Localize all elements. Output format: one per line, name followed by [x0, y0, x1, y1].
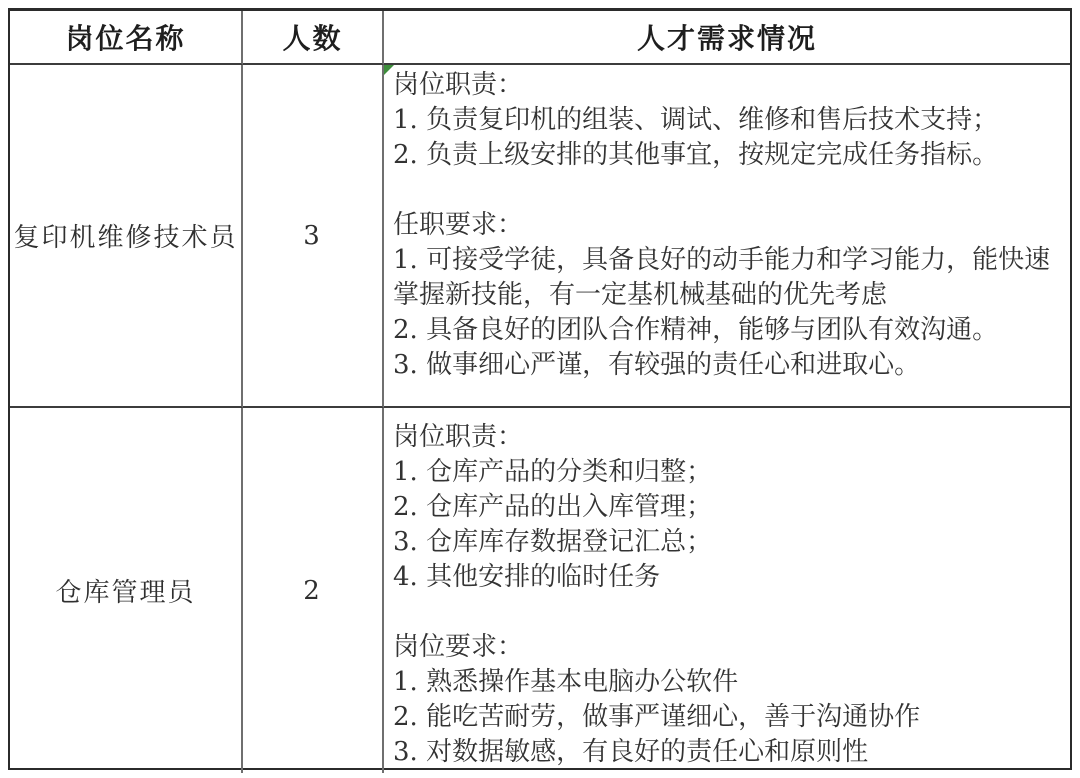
- detail-line: 1. 负责复印机的组装、调试、维修和售后技术支持；: [393, 103, 1062, 138]
- detail-line: 2. 具备良好的团队合作精神，能够与团队有效沟通。: [393, 313, 1062, 348]
- header-position-name: 岗位名称: [10, 11, 243, 65]
- detail-line: 任职要求：: [393, 208, 1062, 243]
- detail-line: 3. 对数据敏感，有良好的责任心和原则性: [393, 735, 1062, 770]
- detail-line: 岗位要求：: [393, 630, 1062, 665]
- detail-line: 4. 其他安排的临时任务: [393, 560, 1062, 595]
- detail-line: 1. 仓库产品的分类和归整；: [393, 455, 1062, 490]
- detail-line: 2. 仓库产品的出入库管理；: [393, 490, 1062, 525]
- detail-line: 3. 做事细心严谨，有较强的责任心和进取心。: [393, 348, 1062, 383]
- row-position-warehouse-keeper: 仓库管理员: [10, 408, 243, 773]
- row-details-copier-technician: 岗位职责： 1. 负责复印机的组装、调试、维修和售后技术支持； 2. 负责上级安…: [384, 65, 1070, 408]
- row-details-warehouse-keeper: 岗位职责： 1. 仓库产品的分类和归整； 2. 仓库产品的出入库管理； 3. 仓…: [384, 408, 1070, 773]
- page: 岗位名称 人数 人才需求情况 复印机维修技术员 3 岗位职责： 1. 负责复印机…: [0, 0, 1080, 778]
- cell-comment-marker-icon: [384, 65, 394, 75]
- detail-line: 1. 熟悉操作基本电脑办公软件: [393, 665, 1062, 700]
- detail-line-blank: [393, 173, 1062, 208]
- detail-line: 岗位职责：: [393, 68, 1062, 103]
- detail-line: 岗位职责：: [393, 420, 1062, 455]
- header-talent-demand: 人才需求情况: [384, 11, 1070, 65]
- detail-line: 3. 仓库库存数据登记汇总；: [393, 525, 1062, 560]
- detail-line-blank: [393, 595, 1062, 630]
- detail-line: 1. 可接受学徒，具备良好的动手能力和学习能力，能快速掌握新技能，有一定基机械基…: [393, 243, 1062, 313]
- row-headcount-warehouse-keeper: 2: [243, 408, 384, 773]
- detail-line: 2. 负责上级安排的其他事宜，按规定完成任务指标。: [393, 138, 1062, 173]
- row-headcount-copier-technician: 3: [243, 65, 384, 408]
- header-headcount: 人数: [243, 11, 384, 65]
- recruitment-table: 岗位名称 人数 人才需求情况 复印机维修技术员 3 岗位职责： 1. 负责复印机…: [8, 8, 1072, 770]
- row-position-copier-technician: 复印机维修技术员: [10, 65, 243, 408]
- detail-line: 2. 能吃苦耐劳，做事严谨细心，善于沟通协作: [393, 700, 1062, 735]
